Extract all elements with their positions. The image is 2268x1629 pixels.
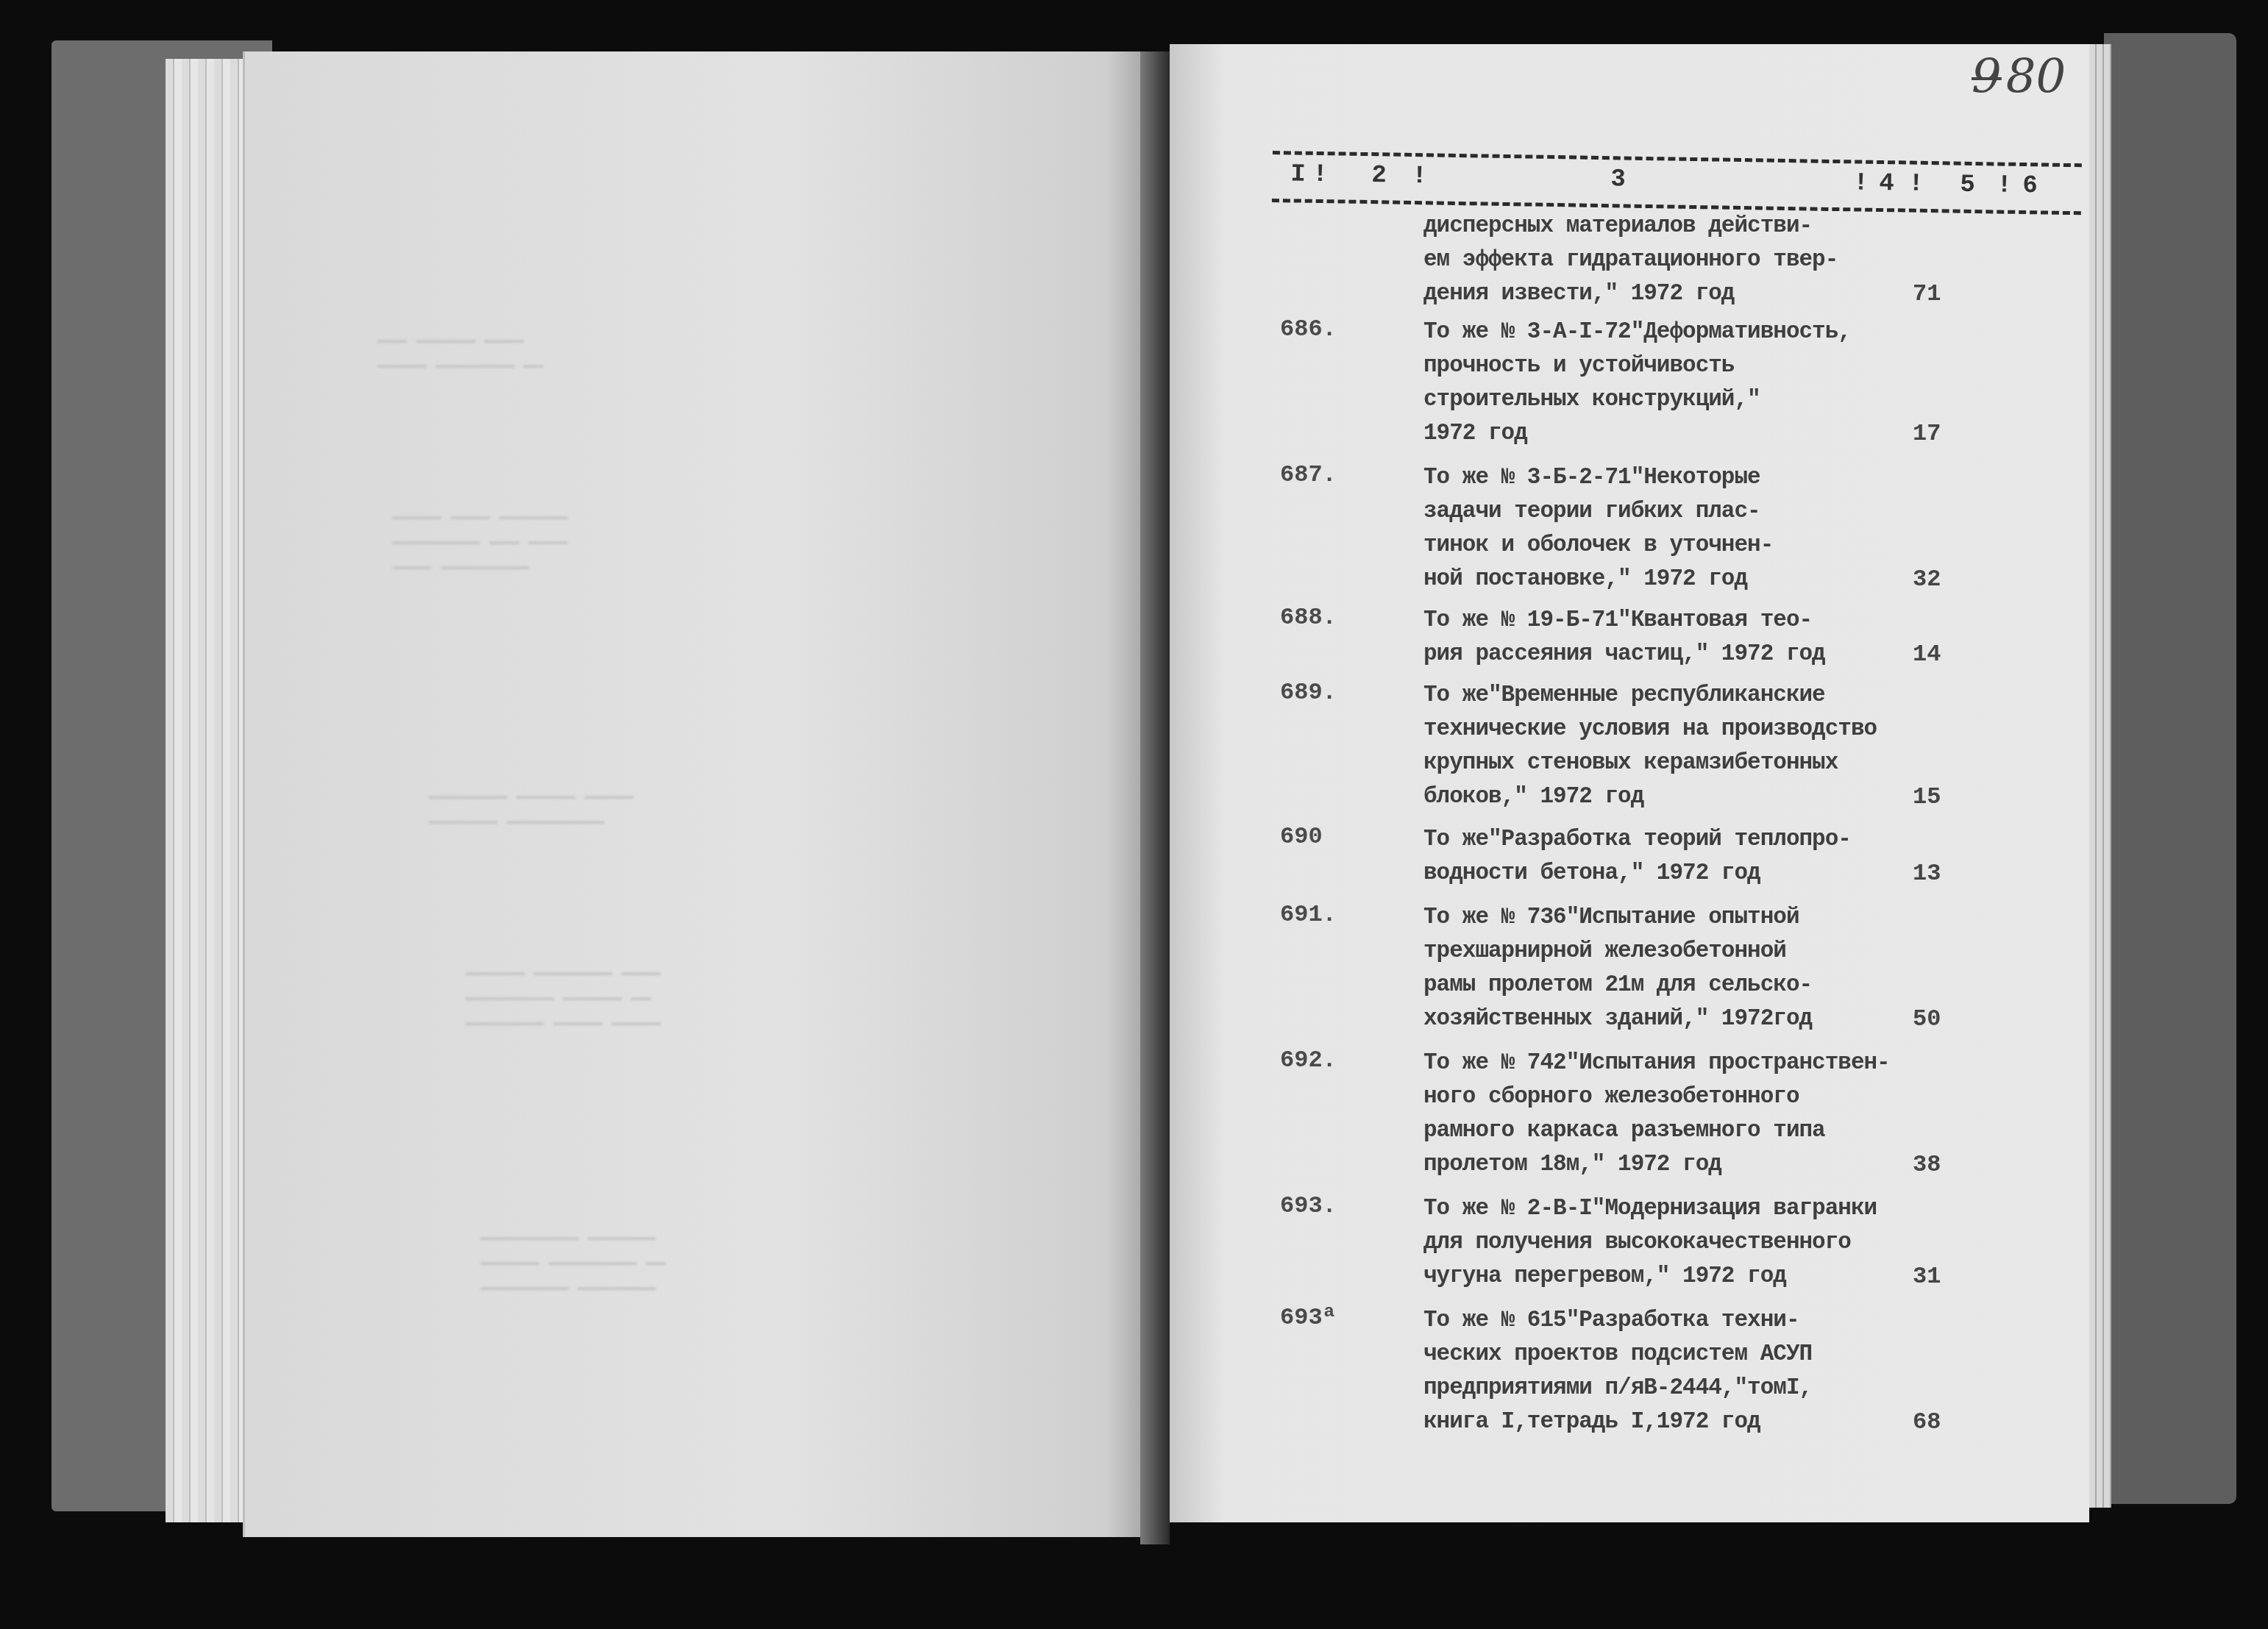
entry-line: ем эффекта гидратационного твер- bbox=[1423, 243, 1909, 277]
entry-number: 692. bbox=[1280, 1047, 1337, 1074]
column-separator: ! bbox=[1853, 169, 1869, 197]
book-cover-right bbox=[2104, 33, 2236, 1504]
entry-line: То же № 2-В-I"Модернизация вагранки bbox=[1423, 1192, 1909, 1226]
entry-693: 693. То же № 2-В-I"Модернизация вагранки… bbox=[1265, 1192, 2082, 1294]
entry-689: 689. То же"Временные республиканские тех… bbox=[1265, 679, 2082, 814]
entry-line: рия рассеяния частиц," 1972 год bbox=[1423, 638, 1909, 671]
entry-687: 687. То же № 3-Б-2-71"Некоторые задачи т… bbox=[1265, 461, 2082, 596]
entry-line: водности бетона," 1972 год bbox=[1423, 857, 1909, 891]
entry-line: предприятиями п/яВ-2444,"томI, bbox=[1423, 1372, 1909, 1405]
column-separator: ! bbox=[1997, 171, 2012, 199]
entry-line: трехшарнирной железобетонной bbox=[1423, 935, 1909, 969]
entry-number: 689. bbox=[1280, 679, 1337, 706]
entry-line: То же № 742"Испытания пространствен- bbox=[1423, 1047, 1909, 1080]
column-separator: ! bbox=[1312, 161, 1328, 189]
entry-line: хозяйственных зданий," 1972год bbox=[1423, 1002, 1909, 1036]
entry-number: 687. bbox=[1280, 461, 1337, 488]
column-header-2: 2 bbox=[1371, 162, 1387, 190]
entry-691: 691. То же № 736"Испытание опытной трехш… bbox=[1265, 901, 2082, 1036]
register-entries: дисперсных материалов действи- ем эффект… bbox=[1265, 210, 2082, 1439]
entry-line: ческих проектов подсистем АСУП bbox=[1423, 1338, 1909, 1372]
entry-688: 688. То же № 19-Б-71"Квантовая тео- рия … bbox=[1265, 604, 2082, 671]
entry-page-count: 15 bbox=[1913, 780, 1941, 814]
page-edges-left bbox=[166, 59, 246, 1522]
left-page-verso: ━━━ ━━━━━━ ━━━━ ━━━━━ ━━━━━━━━ ━━ ━━━━━ … bbox=[243, 51, 1142, 1537]
entry-page-count: 17 bbox=[1913, 417, 1941, 451]
folio-number: 980 bbox=[1972, 50, 2066, 104]
entry-line: чугуна перегревом," 1972 год bbox=[1423, 1260, 1909, 1294]
entry-line: технические условия на производство bbox=[1423, 713, 1909, 746]
entry-line: рамного каркаса разъемного типа bbox=[1423, 1114, 1909, 1148]
entry-line: задачи теории гибких плас- bbox=[1423, 495, 1909, 529]
entry-line: для получения высококачественного bbox=[1423, 1226, 1909, 1260]
bleed-through-text: ━━━━━━ ━━━━━━━━ ━━━━ ━━━━━━━━━ ━━━━━━ ━━… bbox=[466, 963, 661, 1038]
entry-line: ной постановке," 1972 год bbox=[1423, 563, 1909, 596]
entry-line: То же № 615"Разработка техни- bbox=[1423, 1304, 1909, 1338]
folio-struck-number: 9 bbox=[1972, 50, 2002, 104]
entry-line: То же № 3-А-I-72"Деформативность, bbox=[1423, 316, 1909, 349]
entry-continuation: дисперсных материалов действи- ем эффект… bbox=[1265, 210, 2082, 311]
entry-line: То же № 3-Б-2-71"Некоторые bbox=[1423, 461, 1909, 495]
entry-line: То же"Разработка теорий теплопро- bbox=[1423, 823, 1909, 857]
folio-current-number: 80 bbox=[2006, 50, 2066, 104]
entry-page-count: 71 bbox=[1913, 277, 1941, 311]
column-separator: ! bbox=[1908, 171, 1924, 199]
bleed-through-text: ━━━ ━━━━━━ ━━━━ ━━━━━ ━━━━━━━━ ━━ bbox=[377, 331, 543, 381]
entry-number: 688. bbox=[1280, 604, 1337, 631]
column-header-3: 3 bbox=[1610, 165, 1626, 193]
entry-line: прочность и устойчивость bbox=[1423, 349, 1909, 383]
entry-line: строительных конструкций," bbox=[1423, 383, 1909, 417]
column-header-4: 4 bbox=[1879, 170, 1894, 198]
entry-page-count: 50 bbox=[1913, 1002, 1941, 1036]
column-header-6: 6 bbox=[2022, 172, 2038, 200]
entry-line: дисперсных материалов действи- bbox=[1423, 210, 1909, 243]
entry-page-count: 14 bbox=[1913, 638, 1941, 671]
entry-692: 692. То же № 742"Испытания пространствен… bbox=[1265, 1047, 2082, 1182]
entry-line: То же"Временные республиканские bbox=[1423, 679, 1909, 713]
entry-line: 1972 год bbox=[1423, 417, 1909, 451]
entry-page-count: 38 bbox=[1913, 1148, 1941, 1182]
entry-line: рамы пролетом 21м для сельско- bbox=[1423, 969, 1909, 1002]
entry-page-count: 68 bbox=[1913, 1405, 1941, 1439]
column-header-1: I bbox=[1290, 160, 1306, 188]
entry-line: пролетом 18м," 1972 год bbox=[1423, 1148, 1909, 1182]
entry-page-count: 32 bbox=[1913, 563, 1941, 596]
entry-number: 686. bbox=[1280, 316, 1337, 343]
entry-line: ного сборного железобетонного bbox=[1423, 1080, 1909, 1114]
entry-line: То же № 736"Испытание опытной bbox=[1423, 901, 1909, 935]
entry-line: блоков," 1972 год bbox=[1423, 780, 1909, 814]
book-gutter bbox=[1140, 51, 1170, 1544]
bleed-through-text: ━━━━━━━━ ━━━━━━ ━━━━━ ━━━━━━━ ━━━━━━━━━━ bbox=[429, 787, 633, 837]
page-edges-right bbox=[2089, 44, 2111, 1508]
entry-number: 693. bbox=[1280, 1192, 1337, 1219]
entry-690: 690 То же"Разработка теорий теплопро- во… bbox=[1265, 823, 2082, 891]
column-header-5: 5 bbox=[1960, 171, 1975, 199]
bleed-through-text: ━━━━━━━━━━ ━━━━━━━ ━━━━━━ ━━━━━━━━━ ━━ ━… bbox=[480, 1228, 666, 1303]
entry-page-count: 31 bbox=[1913, 1260, 1941, 1294]
column-separator: ! bbox=[1412, 163, 1427, 190]
entry-686: 686. То же № 3-А-I-72"Деформативность, п… bbox=[1265, 316, 2082, 451]
entry-page-count: 13 bbox=[1913, 857, 1941, 891]
entry-693a: 693ª То же № 615"Разработка техни- чески… bbox=[1265, 1304, 2082, 1439]
bleed-through-text: ━━━━━ ━━━━ ━━━━━━━ ━━━━━━━━━ ━━━ ━━━━ ━━… bbox=[392, 507, 567, 582]
entry-number: 693ª bbox=[1280, 1304, 1337, 1331]
entry-line: тинок и оболочек в уточнен- bbox=[1423, 529, 1909, 563]
entry-line: дения извести," 1972 год bbox=[1423, 277, 1909, 311]
entry-line: крупных стеновых керамзибетонных bbox=[1423, 746, 1909, 780]
entry-line: То же № 19-Б-71"Квантовая тео- bbox=[1423, 604, 1909, 638]
entry-number: 691. bbox=[1280, 901, 1337, 928]
entry-line: книга I,тетрадь I,1972 год bbox=[1423, 1405, 1909, 1439]
entry-number: 690 bbox=[1280, 823, 1323, 850]
